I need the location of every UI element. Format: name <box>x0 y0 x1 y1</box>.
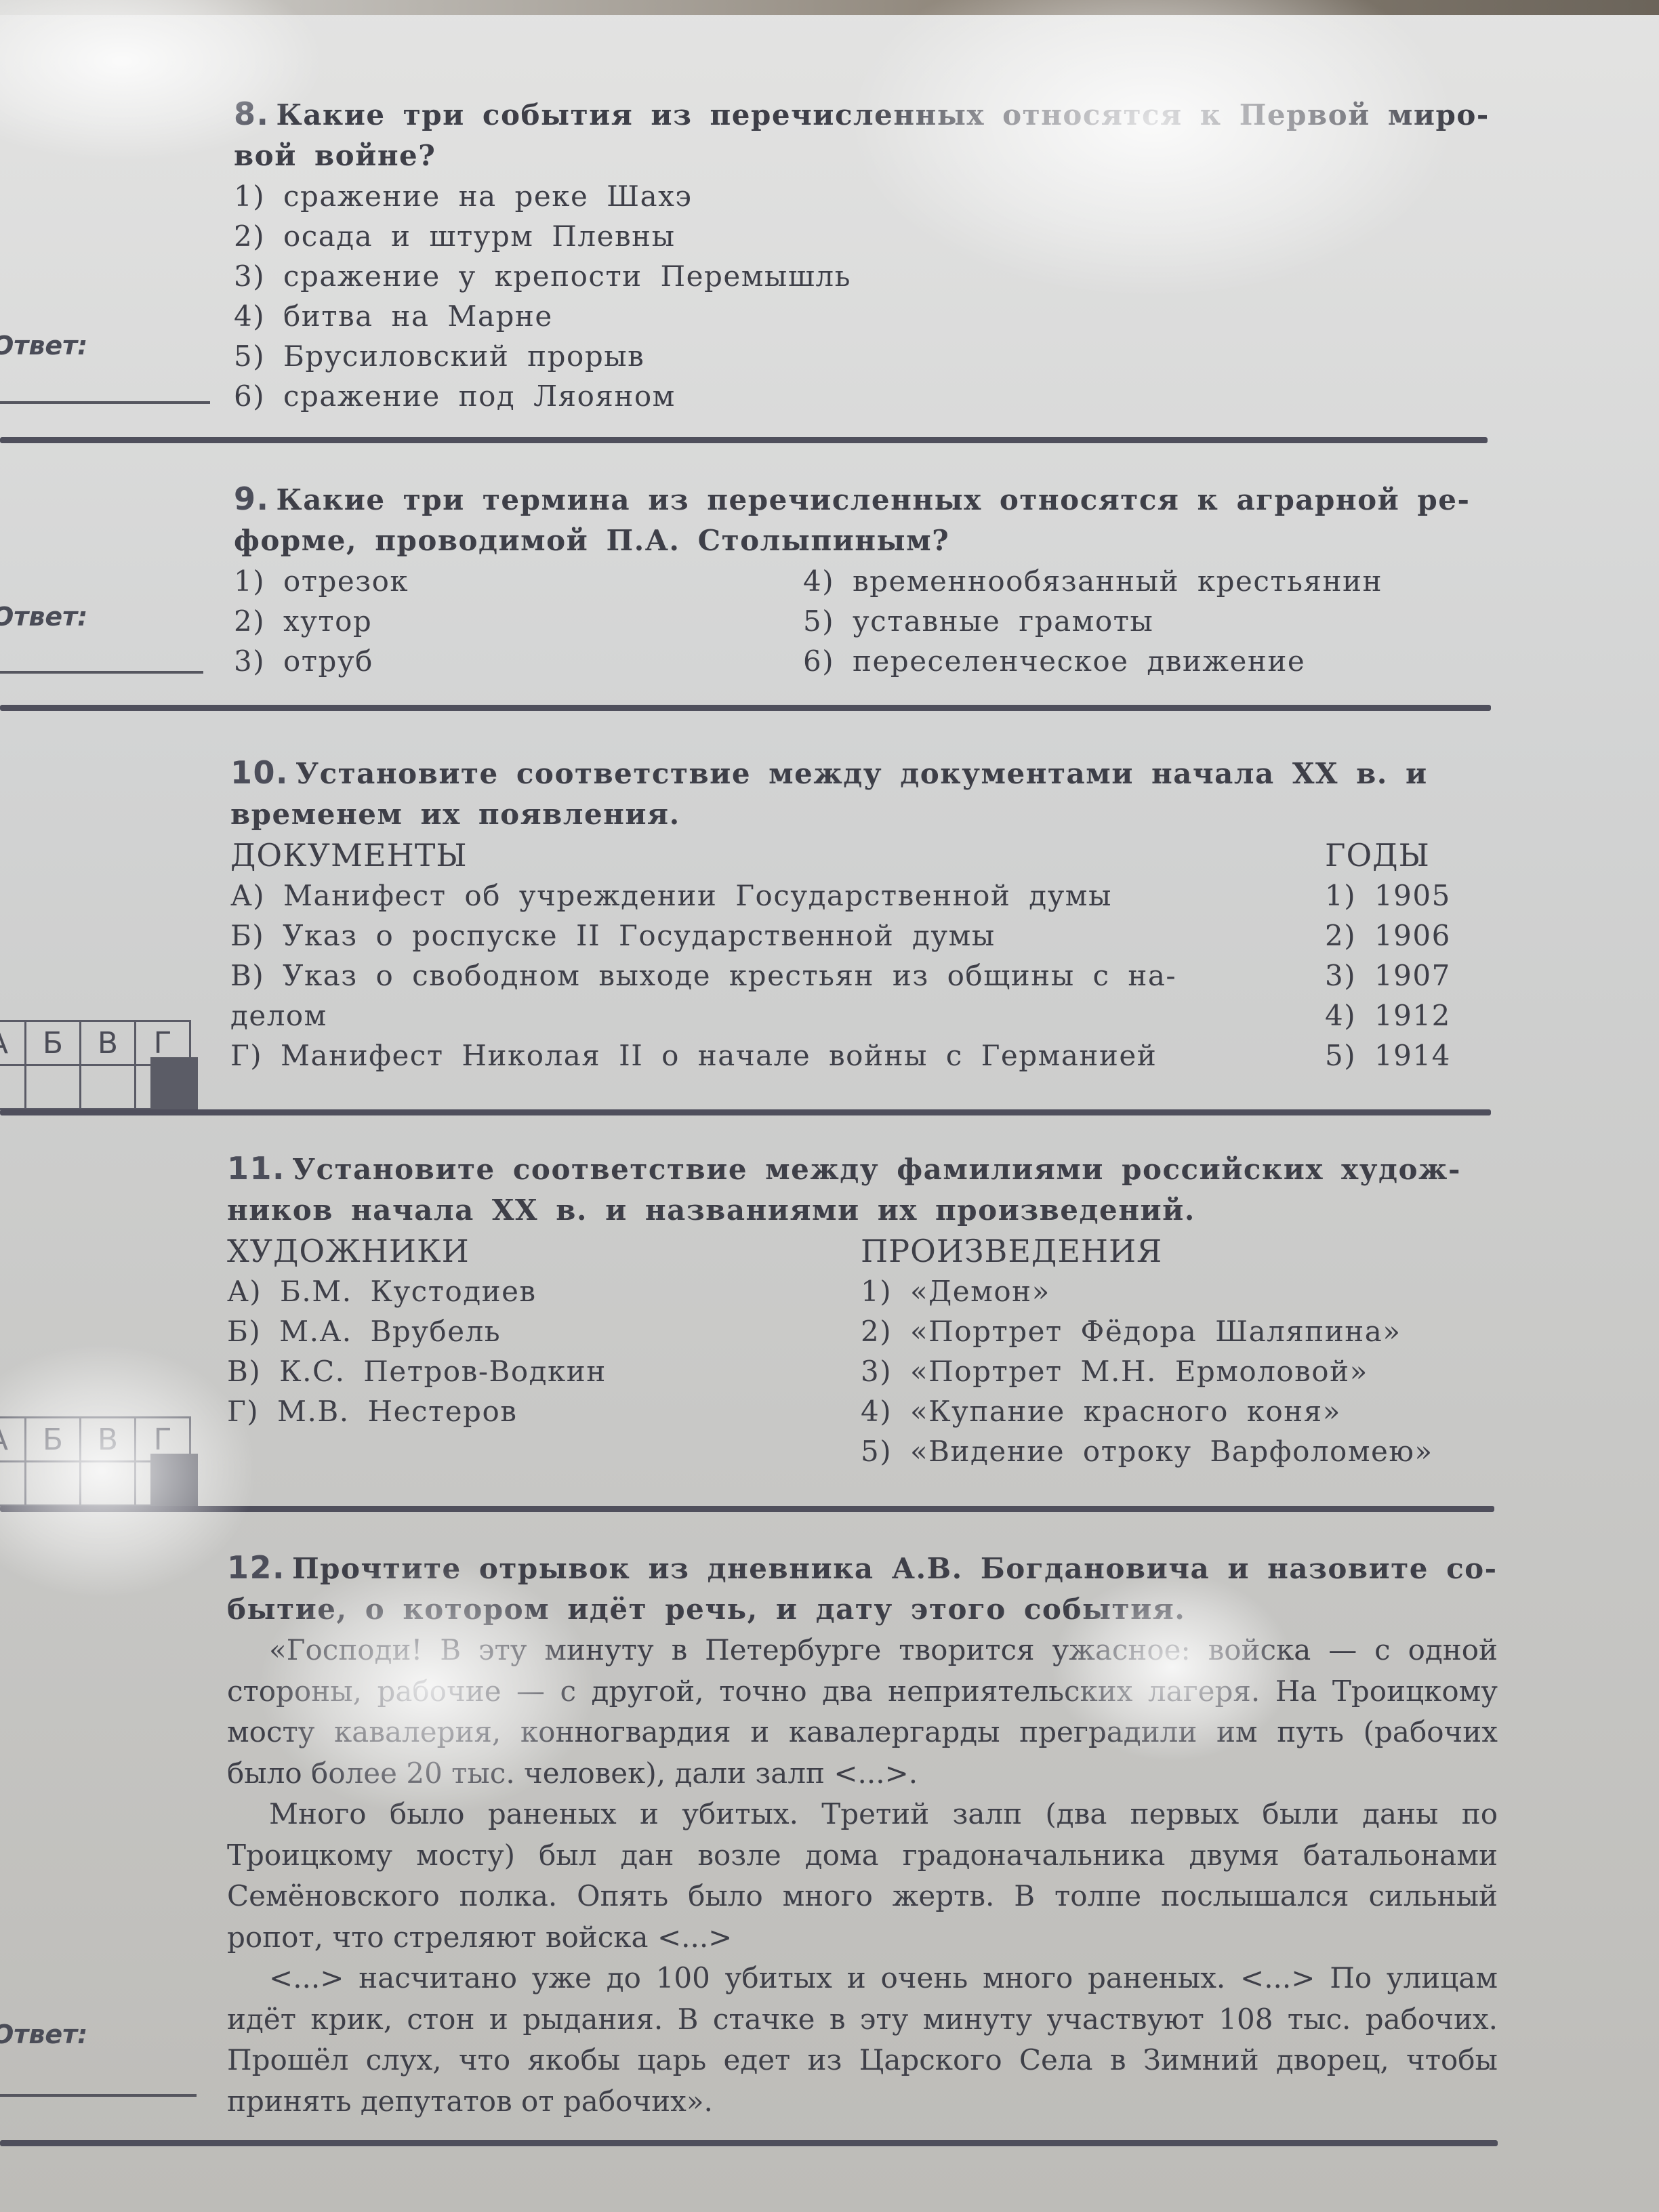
grid-header: Б <box>26 1418 81 1462</box>
question-number: 9. <box>234 480 269 517</box>
work-item: 5) «Видение отроку Варфоломею» <box>861 1431 1433 1471</box>
grid-header: В <box>81 1021 136 1065</box>
question-10-prompt: 10.Установите соответствие между докумен… <box>230 752 1491 835</box>
excerpt-paragraph: Много было раненых и убитых. Третий залп… <box>227 1794 1498 1958</box>
question-number: 12. <box>227 1549 285 1586</box>
photo-top-edge <box>0 0 1659 15</box>
grid-header: А <box>0 1418 26 1462</box>
grid-header: А <box>0 1021 26 1065</box>
document-item: А) Манифест об учреждении Государственно… <box>230 876 1325 916</box>
question-8-prompt: 8.Какие три события из перечисленных отн… <box>234 94 1494 176</box>
excerpt-paragraph: <...> насчитано уже до 100 убитых и очен… <box>227 1958 1498 2122</box>
question-number: 8. <box>234 96 269 132</box>
document-item: Б) Указ о роспуске II Государственной ду… <box>230 916 1325 956</box>
year-item: 3) 1907 <box>1325 956 1451 996</box>
option: 4) временнообязанный крестьянин <box>803 561 1382 601</box>
section-divider <box>0 1506 1494 1512</box>
grid-answer-cell[interactable] <box>81 1462 136 1506</box>
grid-answer-cell[interactable] <box>26 1065 81 1109</box>
answer-field[interactable] <box>0 2094 197 2097</box>
grid-marker <box>150 1057 198 1115</box>
grid-answer-cell[interactable] <box>0 1065 26 1109</box>
answer-field[interactable] <box>0 401 210 404</box>
work-item: 2) «Портрет Фёдора Шаляпина» <box>861 1311 1433 1351</box>
section-divider <box>0 705 1491 711</box>
section-divider <box>0 1109 1491 1115</box>
question-number: 11. <box>227 1150 285 1187</box>
answer-label: Ответ: <box>0 331 87 361</box>
option: 5) уставные грамоты <box>803 601 1382 641</box>
year-item: 1) 1905 <box>1325 876 1451 916</box>
artist-item: Б) М.А. Врубель <box>227 1311 861 1351</box>
option: 5) Брусиловский прорыв <box>234 336 1494 376</box>
work-item: 4) «Купание красного коня» <box>861 1391 1433 1431</box>
question-11-prompt: 11.Установите соответствие между фамилия… <box>227 1148 1488 1231</box>
question-11: 11.Установите соответствие между фамилия… <box>227 1148 1488 1471</box>
year-item: 4) 1912 <box>1325 996 1451 1036</box>
question-8: 8.Какие три события из перечисленных отн… <box>234 94 1494 416</box>
grid-header: Б <box>26 1021 81 1065</box>
question-9-options: 1) отрезок 2) хутор 3) отруб 4) временно… <box>234 561 1494 681</box>
artist-item: В) К.С. Петров-Водкин <box>227 1351 861 1391</box>
grid-answer-cell[interactable] <box>26 1462 81 1506</box>
column-header-artists: ХУДОЖНИКИ <box>227 1231 861 1271</box>
option: 3) отруб <box>234 641 803 681</box>
grid-answer-cell[interactable] <box>0 1462 26 1506</box>
work-item: 3) «Портрет М.Н. Ермоловой» <box>861 1351 1433 1391</box>
question-10: 10.Установите соответствие между докумен… <box>230 752 1491 1076</box>
question-8-options: 1) сражение на реке Шахэ 2) осада и штур… <box>234 176 1494 416</box>
option: 6) сражение под Ляояном <box>234 376 1494 416</box>
option: 6) переселенческое движение <box>803 641 1382 681</box>
option: 1) отрезок <box>234 561 803 601</box>
answer-label: Ответ: <box>0 2020 87 2049</box>
section-divider <box>0 2140 1498 2146</box>
document-item: Г) Манифест Николая II о начале войны с … <box>230 1036 1325 1076</box>
grid-answer-cell[interactable] <box>81 1065 136 1109</box>
column-header-years: ГОДЫ <box>1325 835 1451 876</box>
grid-header: В <box>81 1418 136 1462</box>
question-9: 9.Какие три термина из перечисленных отн… <box>234 478 1494 681</box>
artist-item: Г) М.В. Нестеров <box>227 1391 861 1431</box>
work-item: 1) «Демон» <box>861 1271 1433 1311</box>
excerpt-paragraph: «Господи! В эту минуту в Петербурге твор… <box>227 1630 1498 1794</box>
question-12-prompt: 12.Прочтите отрывок из дневника А.В. Бог… <box>227 1547 1498 1630</box>
year-item: 5) 1914 <box>1325 1036 1451 1076</box>
answer-field[interactable] <box>0 671 203 674</box>
answer-label: Ответ: <box>0 602 87 632</box>
question-number: 10. <box>230 754 289 791</box>
option: 2) осада и штурм Плевны <box>234 216 1494 256</box>
document-item: В) Указ о свободном выходе крестьян из о… <box>230 956 1325 996</box>
option: 4) битва на Марне <box>234 296 1494 336</box>
question-12: 12.Прочтите отрывок из дневника А.В. Бог… <box>227 1547 1498 2122</box>
column-header-documents: ДОКУМЕНТЫ <box>230 835 1325 876</box>
question-11-matching: ХУДОЖНИКИ А) Б.М. Кустодиев Б) М.А. Вруб… <box>227 1231 1488 1471</box>
column-header-works: ПРОИЗВЕДЕНИЯ <box>861 1231 1433 1271</box>
option: 3) сражение у крепости Перемышль <box>234 256 1494 296</box>
grid-marker <box>150 1454 198 1511</box>
option: 1) сражение на реке Шахэ <box>234 176 1494 216</box>
diary-excerpt: «Господи! В эту минуту в Петербурге твор… <box>227 1630 1498 2122</box>
question-10-matching: ДОКУМЕНТЫ А) Манифест об учреждении Госу… <box>230 835 1491 1076</box>
section-divider <box>0 437 1488 443</box>
question-9-prompt: 9.Какие три термина из перечисленных отн… <box>234 478 1494 561</box>
option: 2) хутор <box>234 601 803 641</box>
year-item: 2) 1906 <box>1325 916 1451 956</box>
artist-item: А) Б.М. Кустодиев <box>227 1271 861 1311</box>
document-item: делом <box>230 996 1325 1036</box>
